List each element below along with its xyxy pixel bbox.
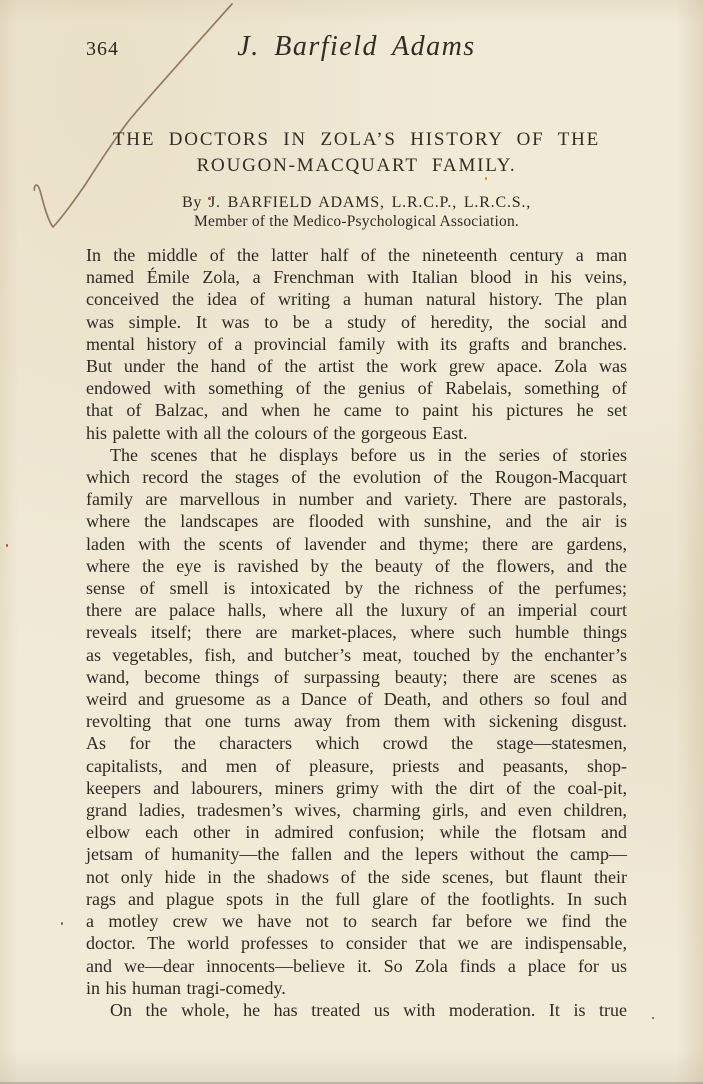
text-line: grand ladies, tradesmen’s wives, charmin… <box>86 799 627 821</box>
text-line: weird and gruesome as a Dance of Death, … <box>86 688 627 710</box>
article-byline: By J. BARFIELD ADAMS, L.R.C.P., L.R.C.S.… <box>86 194 627 212</box>
text-line: reveals itself; there are market-places,… <box>86 621 627 643</box>
article-affiliation: Member of the Medico-Psychological Assoc… <box>86 213 627 231</box>
text-line: where the landscapes are flooded with su… <box>86 510 627 532</box>
text-line: not only hide in the shadows of the side… <box>86 866 627 888</box>
ink-speck <box>208 197 211 200</box>
text-line: As for the characters which crowd the st… <box>86 732 627 754</box>
scanned-page: 364 J. Barfield Adams THE DOCTORS IN ZOL… <box>0 0 703 1084</box>
text-line: On the whole, he has treated us with mod… <box>86 999 627 1021</box>
paragraph: On the whole, he has treated us with mod… <box>86 999 627 1021</box>
text-line: family are marvellous in number and vari… <box>86 488 627 510</box>
text-line: laden with the scents of lavender and th… <box>86 533 627 555</box>
text-line: revolting that one turns away from them … <box>86 710 627 732</box>
ink-speck <box>485 177 487 180</box>
text-line: endowed with something of the genius of … <box>86 377 627 399</box>
text-line: conceived the idea of writing a human na… <box>86 288 627 310</box>
text-line: elbow each other in admired confusion; w… <box>86 821 627 843</box>
article-body: In the middle of the latter half of the … <box>86 244 627 1021</box>
text-line: named Émile Zola, a Frenchman with Itali… <box>86 266 627 288</box>
article-title-line1: THE DOCTORS IN ZOLA’S HISTORY OF THE <box>86 129 627 151</box>
text-line: where the eye is ravished by the beauty … <box>86 555 627 577</box>
text-line: and we—dear innocents—believe it. So Zol… <box>86 955 627 977</box>
text-line: keepers and labourers, miners grimy with… <box>86 777 627 799</box>
text-line: In the middle of the latter half of the … <box>86 244 627 266</box>
text-line: The scenes that he displays before us in… <box>86 444 627 466</box>
text-line: in his human tragi-comedy. <box>86 977 627 999</box>
article-title-line2: ROUGON-MACQUART FAMILY. <box>86 155 627 177</box>
ink-speck <box>6 544 8 547</box>
text-line: as vegetables, fish, and butcher’s meat,… <box>86 644 627 666</box>
text-line: a motley crew we have not to search far … <box>86 910 627 932</box>
text-line: mental history of a provincial family wi… <box>86 333 627 355</box>
text-line: was simple. It was to be a study of here… <box>86 311 627 333</box>
running-head: J. Barfield Adams <box>86 31 627 63</box>
paragraph: The scenes that he displays before us in… <box>86 444 627 999</box>
text-line: jetsam of humanity—the fallen and the le… <box>86 843 627 865</box>
paragraph: In the middle of the latter half of the … <box>86 244 627 444</box>
text-line: capitalists, and men of pleasure, priest… <box>86 755 627 777</box>
text-line: doctor. The world professes to consider … <box>86 932 627 954</box>
text-line: his palette with all the colours of the … <box>86 422 627 444</box>
ink-speck <box>652 1017 654 1019</box>
text-line: which record the stages of the evolution… <box>86 466 627 488</box>
ink-speck <box>136 364 138 366</box>
text-line: sense of smell is intoxicated by the ric… <box>86 577 627 599</box>
ink-speck <box>61 922 63 925</box>
text-line: rags and plague spots in the full glare … <box>86 888 627 910</box>
text-line: there are palace halls, where all the lu… <box>86 599 627 621</box>
text-line: But under the hand of the artist the wor… <box>86 355 627 377</box>
text-line: wand, become things of surpassing beauty… <box>86 666 627 688</box>
text-line: that of Balzac, and when he came to pain… <box>86 399 627 421</box>
ink-speck <box>211 162 213 164</box>
